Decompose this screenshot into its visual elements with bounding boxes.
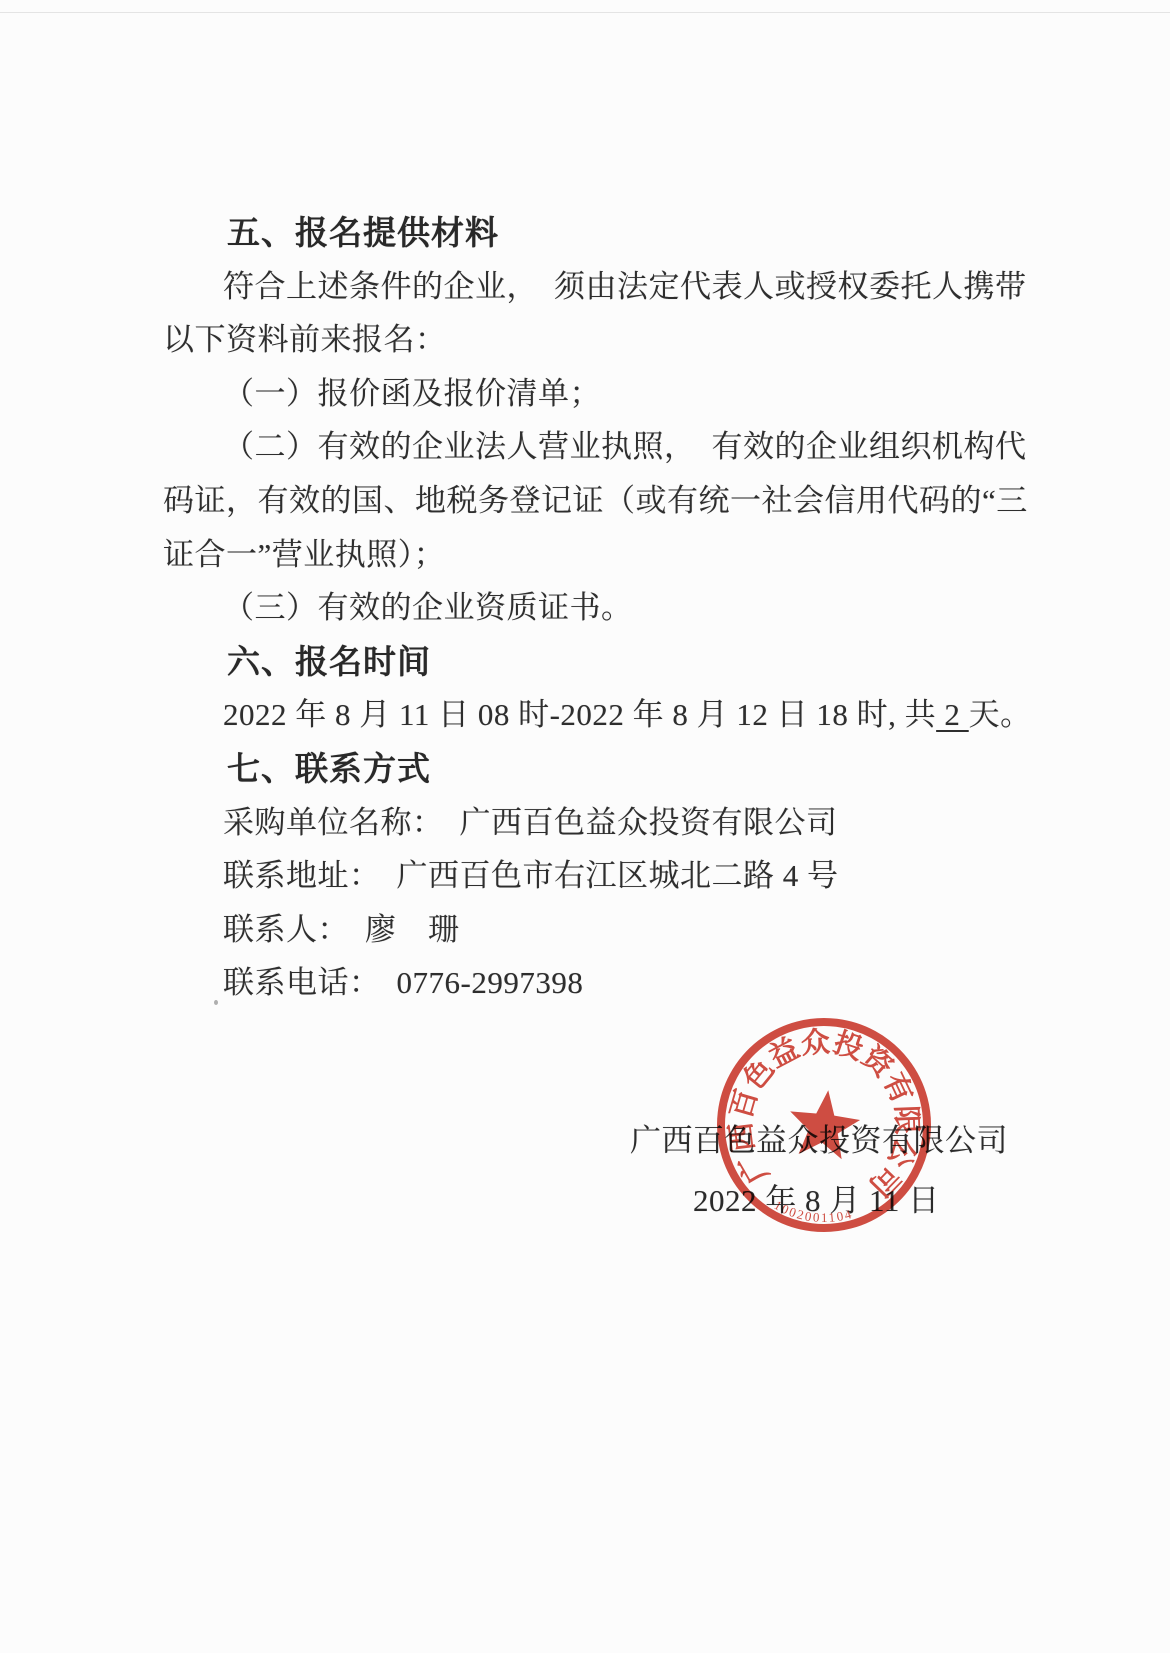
scan-edge-line: [0, 12, 1170, 13]
registration-period-suffix: 天。: [969, 697, 1032, 732]
registration-period-line: 2022 年 8 月 11 日 08 时-2022 年 8 月 12 日 18 …: [163, 688, 1037, 742]
list-item-3: （三）有效的企业资质证书。: [163, 581, 1037, 635]
section-6-heading: 六、报名时间: [163, 635, 1037, 689]
scan-speck: [214, 1000, 218, 1005]
contact-address-line: 联系地址： 广西百色市右江区城北二路 4 号: [163, 849, 1037, 903]
list-item-2: （二）有效的企业法人营业执照， 有效的企业组织机构代: [163, 420, 1037, 474]
paragraph-line: 证合一”营业执照）；: [163, 528, 1037, 582]
contact-phone-line: 联系电话： 0776-2997398: [163, 956, 1037, 1010]
purchaser-name-line: 采购单位名称： 广西百色益众投资有限公司: [163, 796, 1037, 850]
paragraph-line: 码证，有效的国、地税务登记证（或有统一社会信用代码的“三: [163, 474, 1037, 528]
section-7-heading: 七、联系方式: [163, 742, 1037, 796]
contact-person-line: 联系人： 廖 珊: [163, 903, 1037, 957]
scanned-document-page: 五、报名提供材料 符合上述条件的企业， 须由法定代表人或授权委托人携带 以下资料…: [0, 0, 1170, 1653]
paragraph-line: 以下资料前来报名：: [163, 313, 1037, 367]
section-5-heading: 五、报名提供材料: [163, 206, 1037, 260]
company-seal: 广西百色益众投资有限公司 1002001104: [696, 997, 952, 1253]
registration-period-text: 2022 年 8 月 11 日 08 时-2022 年 8 月 12 日 18 …: [223, 697, 936, 732]
list-item-1: （一）报价函及报价清单；: [163, 367, 1037, 421]
registration-days-underlined: 2: [936, 697, 969, 732]
document-body: 五、报名提供材料 符合上述条件的企业， 须由法定代表人或授权委托人携带 以下资料…: [163, 206, 1037, 1010]
seal-star-icon: [785, 1086, 863, 1161]
paragraph-line: 符合上述条件的企业， 须由法定代表人或授权委托人携带: [163, 260, 1037, 314]
